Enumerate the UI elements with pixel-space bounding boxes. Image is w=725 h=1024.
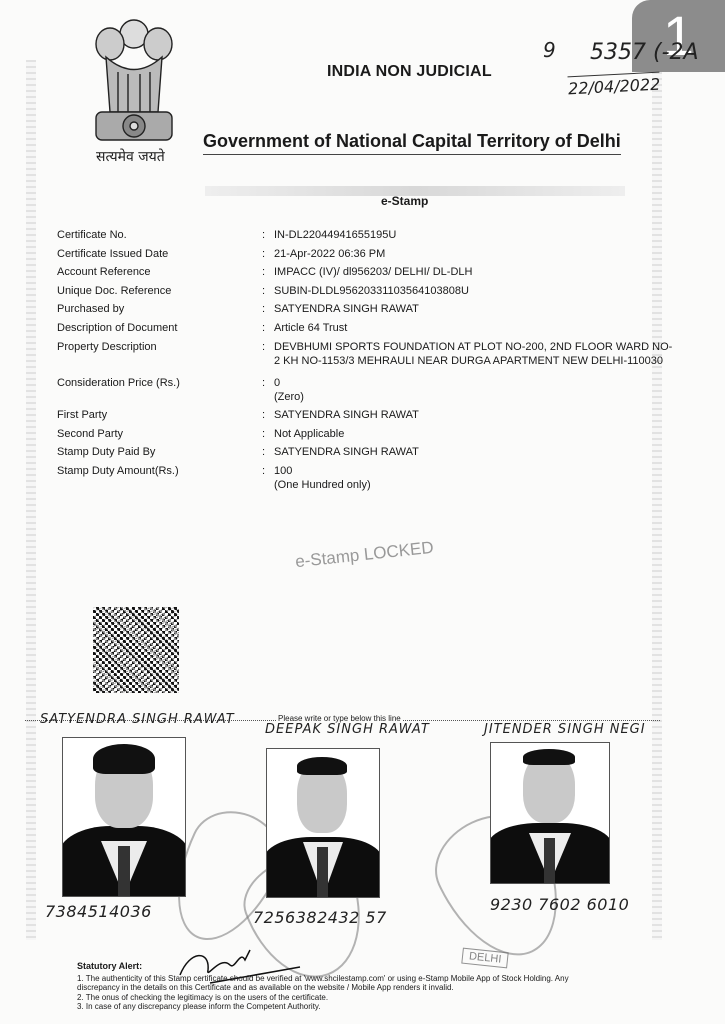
field-colon: : [262,321,274,335]
field-label: First Party [57,408,262,422]
national-emblem-icon [88,12,180,150]
handwritten-serial: 5357 (-2A [590,40,699,65]
field-label: Description of Document [57,321,262,335]
field-label: Consideration Price (Rs.) [57,376,262,404]
field-colon: : [262,247,274,261]
field-label: Property Description [57,340,262,368]
security-microtext-left [26,60,36,940]
field-label: Stamp Duty Amount(Rs.) [57,464,262,492]
field-colon: : [262,228,274,242]
field-row: Stamp Duty Paid By:SATYENDRA SINGH RAWAT [57,445,677,459]
field-colon: : [262,376,274,404]
handwritten-date: 22/04/2022 [567,72,660,99]
title-government: Government of National Capital Territory… [203,131,621,155]
field-colon: : [262,464,274,492]
estamp-title: e-Stamp [381,194,428,208]
field-value: Article 64 Trust [274,321,677,335]
handwritten-prefix: 9 [543,38,556,62]
emblem-motto: सत्यमेव जयते [96,147,165,166]
photo-party-2 [266,748,380,898]
party-phone-1: 7384514036 [45,902,152,921]
party-name-1: SATYENDRA SINGH RAWAT [40,712,235,727]
title-india-non-judicial: INDIA NON JUDICIAL [327,63,492,81]
statutory-item: 3. In case of any discrepancy please inf… [77,1002,597,1012]
field-value: SATYENDRA SINGH RAWAT [274,408,677,422]
field-row: Account Reference:IMPACC (IV)/ dl956203/… [57,265,677,279]
field-value: 21-Apr-2022 06:36 PM [274,247,677,261]
field-label: Stamp Duty Paid By [57,445,262,459]
field-colon: : [262,340,274,368]
field-value: 0 (Zero) [274,376,677,404]
field-row: Stamp Duty Amount(Rs.):100 (One Hundred … [57,464,677,492]
statutory-item: 2. The onus of checking the legitimacy i… [77,993,597,1003]
field-row: Certificate Issued Date:21-Apr-2022 06:3… [57,247,677,261]
party-name-2: DEEPAK SINGH RAWAT [265,722,430,737]
field-row: Second Party:Not Applicable [57,427,677,441]
field-row: Consideration Price (Rs.):0 (Zero) [57,376,677,404]
party-phone-2: 7256382432 57 [253,908,387,927]
certificate-fields: Certificate No.:IN-DL22044941655195UCert… [57,228,677,497]
photo-party-3 [490,742,610,884]
field-label: Second Party [57,427,262,441]
statutory-alert: Statutory Alert: 1. The authenticity of … [77,962,597,1012]
field-value: SATYENDRA SINGH RAWAT [274,302,677,316]
field-row: Certificate No.:IN-DL22044941655195U [57,228,677,242]
field-colon: : [262,302,274,316]
qr-code [93,607,179,693]
field-value: Not Applicable [274,427,677,441]
field-colon: : [262,427,274,441]
field-label: Account Reference [57,265,262,279]
field-row: Property Description:DEVBHUMI SPORTS FOU… [57,340,677,368]
party-phone-3: 9230 7602 6010 [490,895,629,914]
field-colon: : [262,445,274,459]
field-row: First Party:SATYENDRA SINGH RAWAT [57,408,677,422]
party-name-3: JITENDER SINGH NEGI [484,722,646,737]
field-row: Description of Document:Article 64 Trust [57,321,677,335]
security-microtext-right [652,60,662,940]
photo-party-1 [62,737,186,897]
estamp-locked-watermark: e-Stamp LOCKED [294,538,434,572]
field-value: IN-DL22044941655195U [274,228,677,242]
field-value: DEVBHUMI SPORTS FOUNDATION AT PLOT NO-20… [274,340,677,368]
field-colon: : [262,408,274,422]
field-row: Unique Doc. Reference:SUBIN-DLDL95620331… [57,284,677,298]
field-label: Certificate Issued Date [57,247,262,261]
field-value: SATYENDRA SINGH RAWAT [274,445,677,459]
field-row: Purchased by:SATYENDRA SINGH RAWAT [57,302,677,316]
field-label: Purchased by [57,302,262,316]
field-colon: : [262,284,274,298]
field-label: Certificate No. [57,228,262,242]
field-value: 100 (One Hundred only) [274,464,677,492]
statutory-heading: Statutory Alert: [77,962,597,972]
field-colon: : [262,265,274,279]
field-value: SUBIN-DLDL95620331103564103808U [274,284,677,298]
statutory-item: 1. The authenticity of this Stamp certif… [77,974,597,993]
field-value: IMPACC (IV)/ dl956203/ DELHI/ DL-DLH [274,265,677,279]
field-label: Unique Doc. Reference [57,284,262,298]
